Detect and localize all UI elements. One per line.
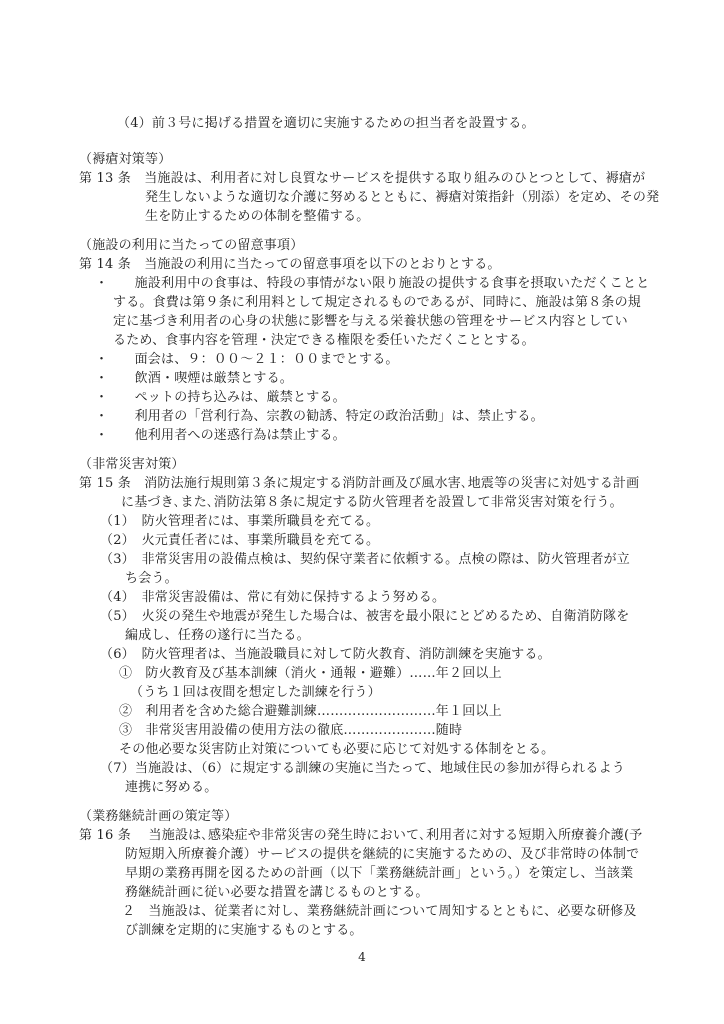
text-line: （6） 防火管理者は、当施設職員に対して防火教育、消防訓練を実施する。 <box>100 647 551 663</box>
text-line: ・ 面会は、９：００～２１：００までとする。 <box>95 352 399 368</box>
text-line: （褥瘡対策等） <box>79 152 171 168</box>
text-line: （4） 非常災害設備は、常に有効に保持するよう努める。 <box>100 590 445 606</box>
text-line: （3） 非常災害用の設備点検は、契約保守業者に依頼する。点検の際は、防火管理者が… <box>100 552 630 568</box>
text-line: （5） 火災の発生や地震が発生した場合は、被害を最小限にとどめるため、自衛消防隊… <box>100 609 629 625</box>
text-line: ③ 非常災害用設備の使用方法の徹底…………………随時 <box>119 723 462 739</box>
document-page: （4）前３号に掲げる措置を適切に実施するための担当者を設置する。（褥瘡対策等）第… <box>0 0 724 1024</box>
text-line: ・ 飲酒・喫煙は厳禁とする。 <box>95 371 293 387</box>
text-line: 第 16 条 当施設は､感染症や非常災害の発生時において､利用者に対する短期入所… <box>79 828 642 844</box>
text-line: 第 14 条 当施設の利用に当たっての留意事項を以下のとおりとする。 <box>79 257 501 273</box>
text-line: るため、食事内容を管理・決定できる権限を委任いただくこととする。 <box>113 333 535 349</box>
text-line: ・ 施設利用中の食事は、特段の事情がない限り施設の提供する食事を摂取いただくこと… <box>95 276 649 292</box>
text-line: （非常災害対策） <box>79 457 185 473</box>
text-line: ・ 利用者の「営利行為、宗教の勧誘、特定の政治活動」は、禁止する。 <box>95 409 544 425</box>
text-line: （うち１回は夜間を想定した訓練を行う） <box>130 685 381 701</box>
text-line: 務継続計画に従い必要な措置を講じるものとする。 <box>125 885 429 901</box>
text-line: 第 13 条 当施設は、利用者に対し良質なサービスを提供する取り組みのひとつとし… <box>79 171 645 187</box>
text-line: 編成し、任務の遂行に当たる。 <box>125 628 310 644</box>
text-line: 早期の業務再開を図るための計画（以下「業務継続計画」という。）を策定し、当該業 <box>125 866 633 882</box>
text-line: （7）当施設は、（6）に規定する訓練の実施に当たって、地域住民の参加が得られるよ… <box>100 761 625 777</box>
text-line: ② 利用者を含めた総合避難訓練………………………年１回以上 <box>119 704 502 720</box>
text-line: び訓練を定期的に実施するものとする。 <box>125 923 363 939</box>
text-line: 第 15 条 消防法施行規則第３条に規定する消防計画及び風水害､地震等の災害に対… <box>79 476 639 492</box>
text-line: する。食費は第９条に利用料として規定されるものであるが、同時に、施設は第８条の規 <box>113 295 641 311</box>
page-number: 4 <box>0 950 724 964</box>
text-line: 発生しないような適切な介護に努めるとともに、褥瘡対策指針（別添）を定め、その発 <box>145 190 659 206</box>
text-line: に基づき､また､消防法第８条に規定する防火管理者を設置して非常災害対策を行う｡ <box>121 495 616 511</box>
text-line: （業務継続計画の策定等） <box>79 809 237 825</box>
text-line: ２ 当施設は、従業者に対し、業務継続計画について周知するとともに、必要な研修及 <box>122 904 637 920</box>
text-line: 生を防止するための体制を整備する。 <box>145 209 369 225</box>
text-line: その他必要な災害防止対策についても必要に応じて対処する体制をとる。 <box>119 742 554 758</box>
text-line: （2） 火元責任者には、事業所職員を充てる。 <box>100 533 379 549</box>
text-line: ・ ペットの持ち込みは、厳禁とする。 <box>95 390 346 406</box>
text-line: （1） 防火管理者には、事業所職員を充てる。 <box>100 514 379 530</box>
text-line: ち会う。 <box>125 571 178 587</box>
text-line: ① 防火教育及び基本訓練（消火・通報・避難）……年２回以上 <box>119 666 502 682</box>
text-line: 防短期入所療養介護）サービスの提供を継続的に実施するための、及び非常時の体制で <box>125 847 639 863</box>
text-line: 連携に努める。 <box>125 780 217 796</box>
text-line: （4）前３号に掲げる措置を適切に実施するための担当者を設置する。 <box>117 116 535 132</box>
text-line: （施設の利用に当たっての留意事項） <box>79 238 303 254</box>
text-line: 定に基づき利用者の心身の状態に影響を与える栄養状態の管理をサービス内容としてい <box>113 314 628 330</box>
text-line: ・ 他利用者への迷惑行為は禁止する。 <box>95 428 346 444</box>
